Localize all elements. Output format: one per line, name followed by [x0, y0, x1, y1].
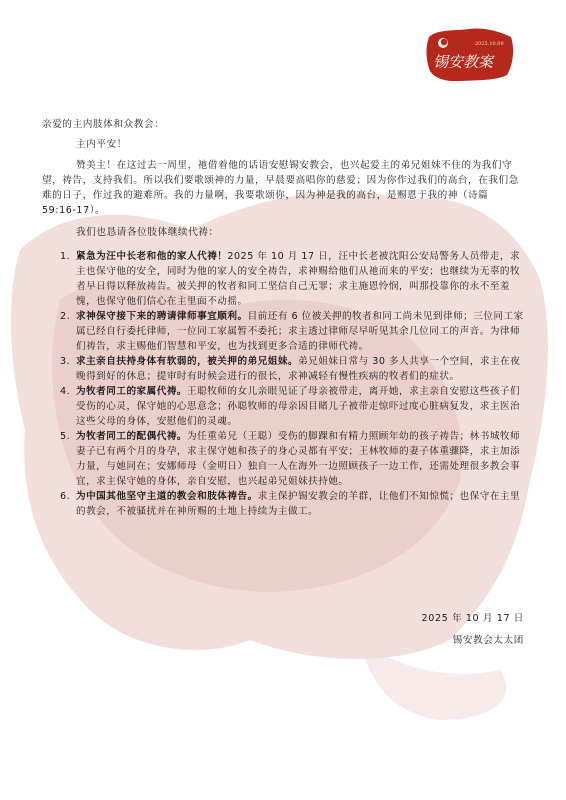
prayer-item-title: 为牧者同工的配偶代祷。: [76, 431, 187, 442]
logo-brush-icon: 2025.10.09 锡安教案: [425, 25, 515, 83]
letter-date: 2025 年 10 月 17 日: [422, 612, 524, 626]
prayer-item-title: 求主亲自扶持身体有软弱的，被关押的弟兄姐妹。: [76, 356, 298, 367]
logo-date-text: 2025.10.09: [475, 41, 504, 47]
prayer-request-list: 1. 紧急为汪中长老和他的家人代祷！2025 年 10 月 17 日，汪中长老被…: [60, 249, 524, 519]
prayer-item: 2. 求神保守接下来的聘请律师事宜顺利。目前还有 6 位被关押的牧者和同工尚未见…: [60, 309, 524, 354]
prayer-item-title: 求神保守接下来的聘请律师事宜顺利。: [76, 311, 248, 322]
prayer-item-number: 1.: [60, 249, 70, 264]
prayer-intro: 我们也恳请各位肢体继续代祷：: [76, 226, 219, 240]
prayer-item-number: 4.: [60, 384, 70, 399]
letter-salutation: 亲爱的主内肢体和众教会：: [42, 118, 164, 132]
letter-greeting: 主内平安！: [76, 138, 127, 152]
prayer-item-title: 为中国其他坚守主道的教会和肢体祷告。: [76, 491, 258, 502]
prayer-item: 1. 紧急为汪中长老和他的家人代祷！2025 年 10 月 17 日，汪中长老被…: [60, 249, 524, 309]
letter-signature: 锡安教会太太团: [453, 634, 524, 648]
prayer-item: 3. 求主亲自扶持身体有软弱的，被关押的弟兄姐妹。弟兄姐妹日常与 30 多人共享…: [60, 354, 524, 384]
prayer-item-title: 为牧者同工的家属代祷。: [76, 386, 187, 397]
prayer-item-title: 紧急为汪中长老和他的家人代祷！: [76, 251, 227, 262]
prayer-item-number: 6.: [60, 489, 70, 504]
prayer-item-number: 2.: [60, 309, 70, 324]
prayer-item: 6. 为中国其他坚守主道的教会和肢体祷告。求主保护锡安教会的羊群，让他们不知惊慌…: [60, 489, 524, 519]
church-logo: 2025.10.09 锡安教案: [425, 25, 515, 83]
prayer-item: 4. 为牧者同工的家属代祷。王聪牧师的女儿亲眼见证了母亲被带走，离开她，求主亲自…: [60, 384, 524, 429]
opening-paragraph: 赞美主！在这过去一周里，祂借着他的话语安慰锡安教会，也兴起爱主的弟兄姐妹不住的为…: [42, 158, 522, 218]
prayer-item: 5. 为牧者同工的配偶代祷。为任重弟兄（王聪）受伤的脚踝和有精力照顾年幼的孩子祷…: [60, 429, 524, 489]
prayer-letter: 亲爱的主内肢体和众教会： 主内平安！ 赞美主！在这过去一周里，祂借着他的话语安慰…: [0, 0, 566, 800]
logo-title-text: 锡安教案: [433, 53, 495, 71]
prayer-item-number: 5.: [60, 429, 70, 444]
prayer-item-number: 3.: [60, 354, 70, 369]
